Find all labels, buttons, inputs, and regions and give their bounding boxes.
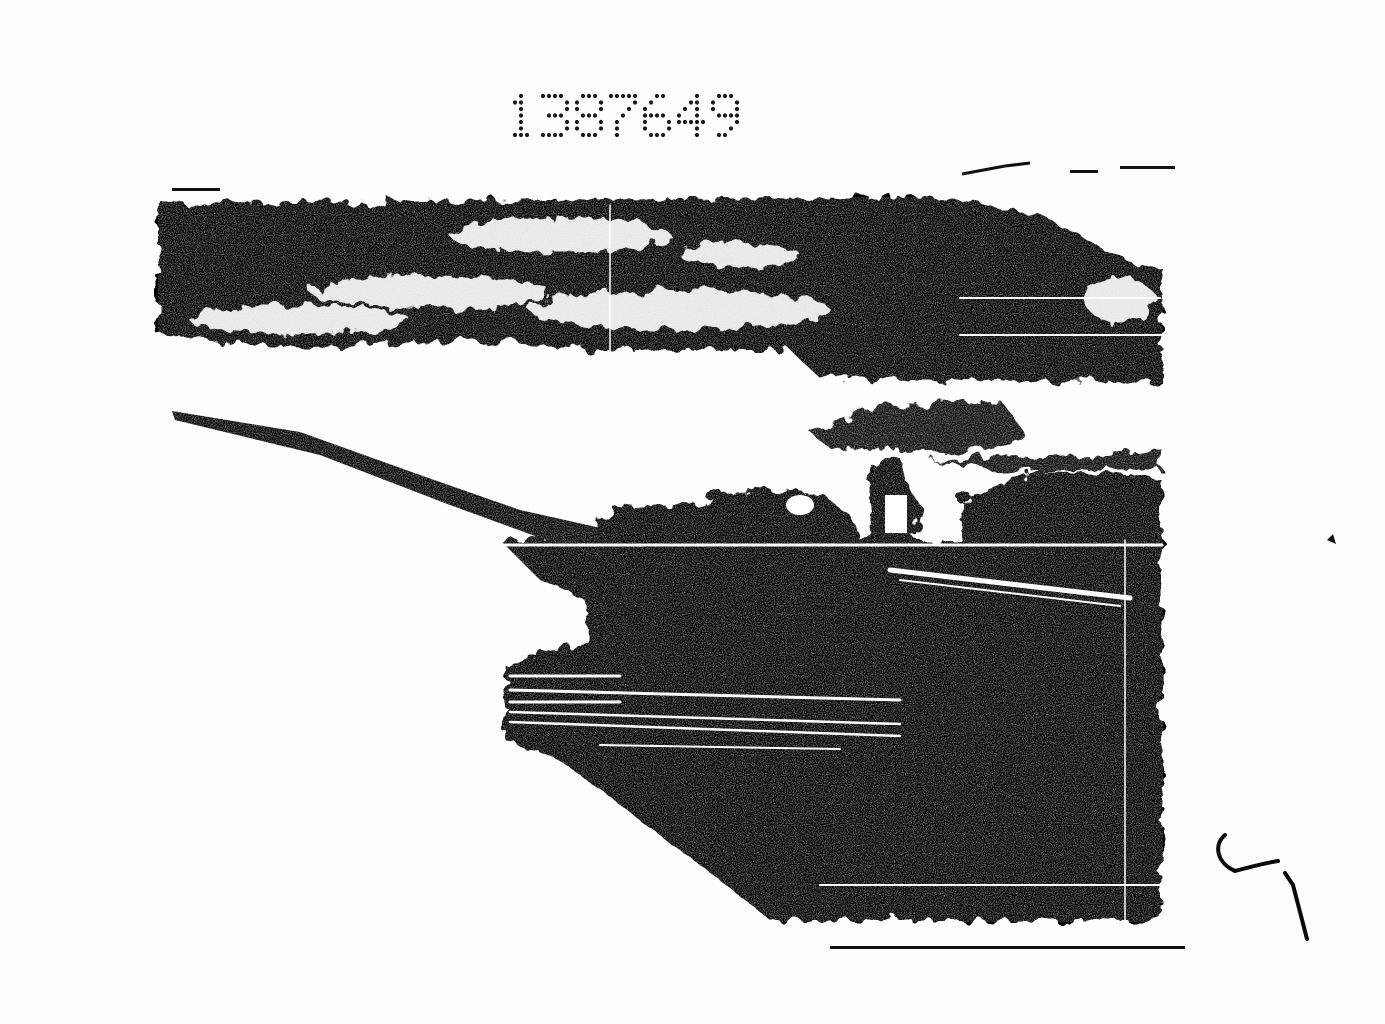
scanned-page: 1387649 [0, 0, 1385, 1024]
handwritten-mark [1205, 825, 1315, 945]
photograph [0, 0, 1385, 1024]
